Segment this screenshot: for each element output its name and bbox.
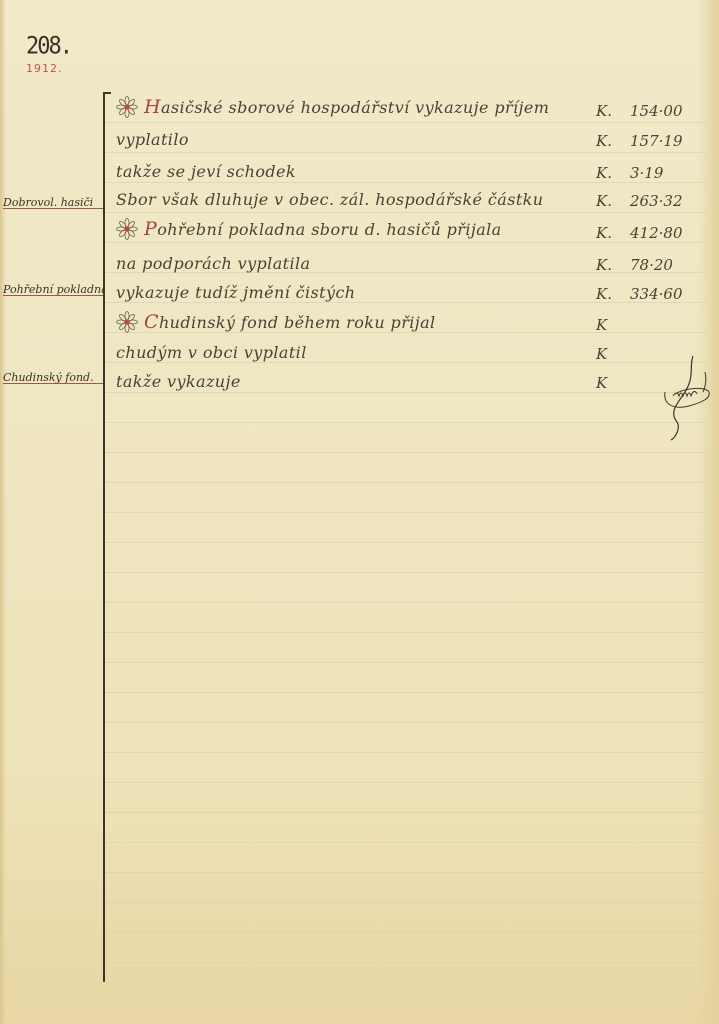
entry-text: na podporách vyplatila <box>116 254 310 273</box>
entry-text: takže se jeví schodek <box>116 162 296 181</box>
flower-icon <box>116 96 138 118</box>
ledger-page: 208. 1912. Dobrovol. hasiči Pohřební pok… <box>0 0 719 1024</box>
entry-amount: K.334·60 <box>596 285 706 303</box>
entry-line: Pohřební pokladna sboru d. hasičů přijal… <box>116 218 616 240</box>
entry-text: asičské sborové hospodářství vykazuje př… <box>161 98 549 117</box>
flower-icon <box>116 311 138 333</box>
page-number: 208. <box>26 33 71 61</box>
margin-label-volunteer-firefighters: Dobrovol. hasiči <box>3 196 103 209</box>
entry-amount: K.3·19 <box>596 164 706 182</box>
margin-label-poor-fund: Chudinský fond. <box>3 371 103 384</box>
entry-text: takže vykazuje <box>116 372 241 391</box>
entry-text: ohřební pokladna sboru d. hasičů přijala <box>157 220 501 239</box>
year-label: 1912. <box>26 62 63 75</box>
entry-initial: C <box>144 311 159 333</box>
entry-text: vykazuje tudíž jmění čistých <box>116 283 356 302</box>
entry-amount: K.263·32 <box>596 192 706 210</box>
entry-amount: K.78·20 <box>596 256 706 274</box>
entry-line: vyplatilo <box>116 130 616 149</box>
entry-text: hudinský fond během roku přijal <box>159 313 436 332</box>
entry-line: Chudinský fond během roku přijal <box>116 311 616 333</box>
entry-text: vyplatilo <box>116 130 189 149</box>
entry-line: na podporách vyplatila <box>116 254 616 273</box>
margin-label-funeral-fund: Pohřební pokladna <box>3 283 103 296</box>
entry-line: Hasičské sborové hospodářství vykazuje p… <box>116 96 616 118</box>
entry-amount: K <box>596 316 706 334</box>
entry-line: vykazuje tudíž jmění čistých <box>116 283 616 302</box>
signature-mark: Jeřábek <box>655 352 715 444</box>
entry-amount: K.154·00 <box>596 102 706 120</box>
entry-line: takže se jeví schodek <box>116 162 616 181</box>
paper-edge-left <box>0 0 6 1024</box>
entry-text: chudým v obci vyplatil <box>116 343 307 362</box>
margin-rule-bracket <box>103 92 111 94</box>
entry-amount: K.412·80 <box>596 224 706 242</box>
flower-icon <box>116 218 138 240</box>
entry-initial: P <box>144 218 157 240</box>
margin-rule <box>103 92 105 982</box>
entry-amount: K.157·19 <box>596 132 706 150</box>
entry-line: takže vykazuje <box>116 372 616 391</box>
entry-line: chudým v obci vyplatil <box>116 343 616 362</box>
entry-initial: H <box>144 96 161 118</box>
entry-text: Sbor však dluhuje v obec. zál. hospodářs… <box>116 190 543 209</box>
entry-line: Sbor však dluhuje v obec. zál. hospodářs… <box>116 190 616 209</box>
